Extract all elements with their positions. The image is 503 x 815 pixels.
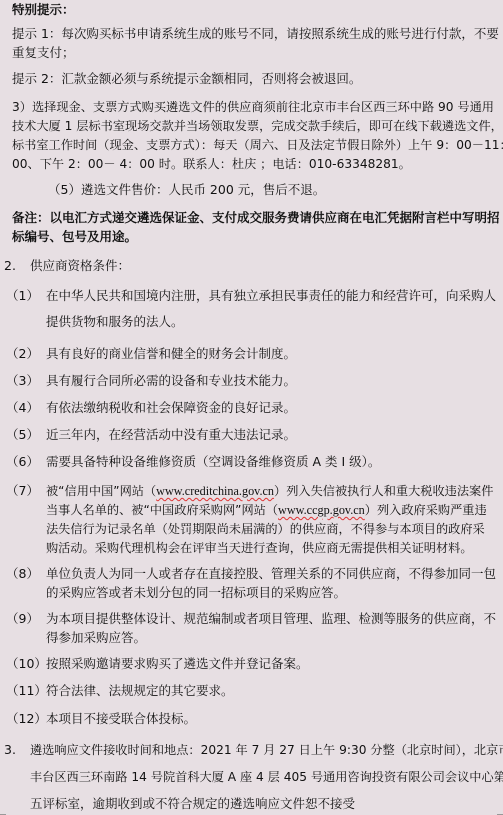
item12-number: （12）: [6, 711, 47, 727]
section3-line1: 遴选响应文件接收时间和地点：2021 年 7 月 27 日上午 9:30 分整（…: [30, 742, 503, 758]
section2-title: 供应商资格条件：: [30, 258, 130, 274]
item3-number: （3）: [6, 373, 39, 389]
item5-line1: 近三年内，在经营活动中没有重大违法记录。: [46, 427, 296, 443]
tip3-line2: 技术大厦 1 层标书室现场交款并当场领取发票，完成交款手续后，即可在线下载遴选文…: [12, 118, 503, 134]
item6-line1: 需要具备特种设备维修资质（空调设备维修资质 A 类 I 级）。: [46, 454, 380, 470]
section3-line3: 五评标室，逾期收到或不符合规定的遴选响应文件恕不接受: [30, 796, 355, 812]
item7-line3: 法失信行为记录名单（处罚期限尚未届满的）的供应商，不得参与本项目的政府采: [46, 521, 485, 537]
section3-number: 3.: [4, 742, 16, 758]
ccgp-link[interactable]: www.ccgp.gov.cn: [278, 503, 365, 517]
item8-line2: 的采购应答或者未划分包的同一招标项目的采购应答。: [46, 585, 346, 601]
item6-number: （6）: [6, 454, 39, 470]
item8-number: （8）: [6, 566, 39, 582]
item3-line1: 具有履行合同所必需的设备和专业技术能力。: [46, 373, 296, 389]
tip3-line4: 00、下午 2：00－ 4：00 时。联系人：杜庆 ；电话：010-633482…: [12, 156, 411, 172]
item7-number: （7）: [6, 483, 39, 499]
item1-number: （1）: [6, 288, 39, 304]
item7-line1-pre: 被“信用中国”网站（: [46, 484, 156, 498]
item9-number: （9）: [6, 611, 39, 627]
item7-line4: 购活动。采购代理机构会在评审当天进行查询，供应商无需提供相关证明材料。: [46, 540, 473, 556]
document-page: 特别提示： 提示 1：每次购买标书申请系统生成的账号不同，请按照系统生成的账号进…: [0, 0, 503, 815]
item1-line1: 在中华人民共和国境内注册，具有独立承担民事责任的能力和经营许可，向采购人: [46, 288, 496, 304]
item1-line2: 提供货物和服务的法人。: [46, 314, 184, 330]
tip3-line1: 3）选择现金、支票方式购买遴选文件的供应商须前往北京市丰台区西三环中路 90 号…: [12, 99, 494, 115]
tip1-line2: 重复支付；: [12, 45, 75, 61]
item10-number: （10）: [6, 656, 47, 672]
item11-number: （11）: [6, 683, 47, 699]
tip1-line1: 提示 1：每次购买标书申请系统生成的账号不同，请按照系统生成的账号进行付款，不要: [12, 26, 499, 42]
section2-number: 2.: [4, 258, 16, 274]
section3-line2: 丰台区西三环南路 14 号院首科大厦 A 座 4 层 405 号通用咨询投资有限…: [30, 769, 503, 785]
item7-line1-post: ）列入失信被执行人和重大税收违法案件: [274, 484, 493, 498]
item11-line1: 符合法律、法规规定的其它要求。: [46, 683, 234, 699]
item4-line1: 有依法缴纳税收和社会保障资金的良好记录。: [46, 400, 296, 416]
notice-heading: 特别提示：: [12, 2, 75, 18]
item7-line1: 被“信用中国”网站（www.creditchina.gov.cn）列入失信被执行…: [46, 483, 493, 499]
tip2: 提示 2：汇款金额必须与系统提示金额相同，否则将会被退回。: [12, 71, 361, 87]
item5-number: （5）: [6, 427, 39, 443]
item2-number: （2）: [6, 346, 39, 362]
price-line: （5）遴选文件售价：人民币 200 元，售后不退。: [48, 182, 325, 198]
remark-line2: 标编号、包号及用途。: [12, 229, 137, 245]
item2-line1: 具有良好的商业信誉和健全的财务会计制度。: [46, 346, 296, 362]
tip3-line3: 标书室工作时间（现金、支票方式）：每天（周六、日及法定节假日除外）上午 9：00…: [12, 137, 503, 153]
item12-line1: 本项目不接受联合体投标。: [46, 711, 196, 727]
creditchina-link[interactable]: www.creditchina.gov.cn: [156, 484, 274, 498]
item9-line2: 得参加采购应答。: [46, 630, 146, 646]
item8-line1: 单位负责人为同一人或者存在直接控股、管理关系的不同供应商，不得参加同一包: [46, 566, 496, 582]
item9-line1: 为本项目提供整体设计、规范编制或者项目管理、监理、检测等服务的供应商，不: [46, 611, 496, 627]
item7-line2-pre: 当事人名单的、被“中国政府采购网”网站（: [46, 503, 278, 517]
item10-line1: 按照采购邀请要求购买了遴选文件并登记备案。: [46, 656, 309, 672]
item7-line2-post: ）列入政府采购严重违: [365, 503, 487, 517]
remark-line1: 备注：以电汇方式递交遴选保证金、支付成交服务费请供应商在电汇凭据附言栏中写明招: [12, 210, 500, 226]
item7-line2: 当事人名单的、被“中国政府采购网”网站（www.ccgp.gov.cn）列入政府…: [46, 502, 487, 518]
item4-number: （4）: [6, 400, 39, 416]
